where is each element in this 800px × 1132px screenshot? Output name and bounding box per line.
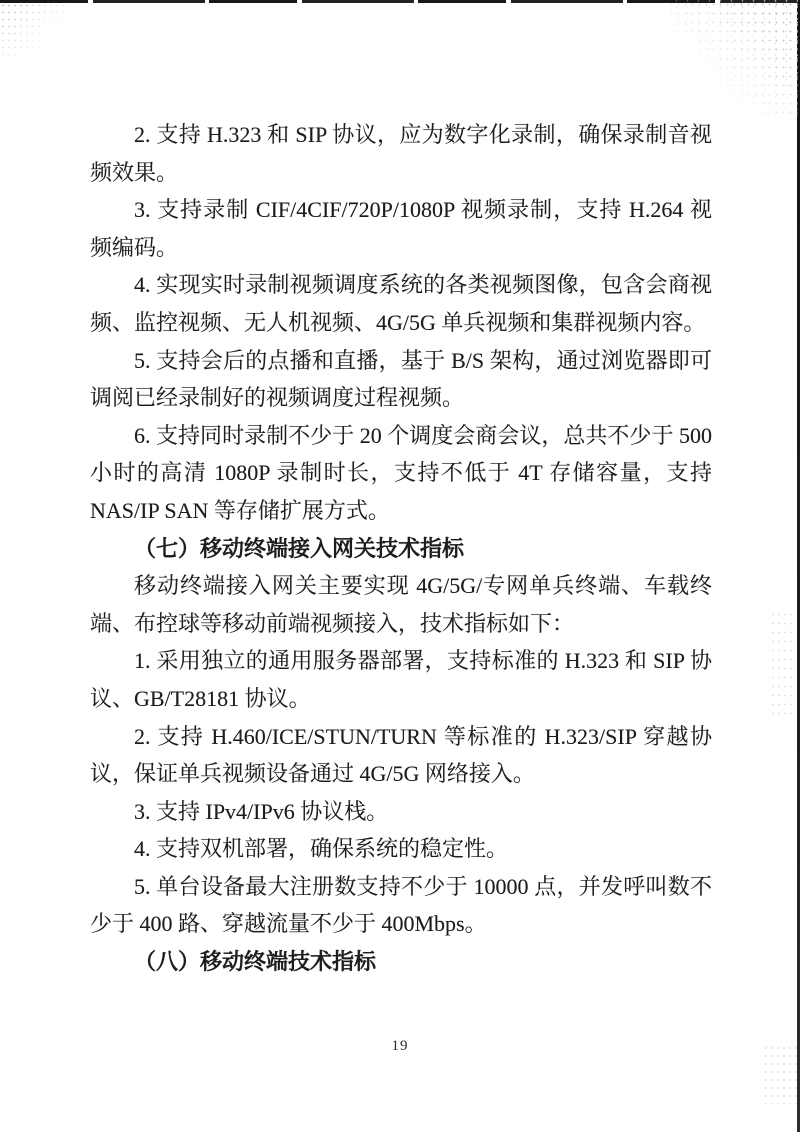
scan-noise-top-left (0, 2, 70, 57)
paragraph-item-2-recording: 2. 支持 H.323 和 SIP 协议，应为数字化录制，确保录制音视频效果。 (90, 116, 712, 191)
paragraph-item-5-playback: 5. 支持会后的点播和直播，基于 B/S 架构，通过浏览器即可调阅已经录制好的视… (90, 342, 712, 417)
paragraph-item-2-traversal: 2. 支持 H.460/ICE/STUN/TURN 等标准的 H.323/SIP… (90, 718, 712, 793)
paragraph-item-3-formats: 3. 支持录制 CIF/4CIF/720P/1080P 视频录制，支持 H.26… (90, 191, 712, 266)
paragraph-item-1-server: 1. 采用独立的通用服务器部署，支持标准的 H.323 和 SIP 协议、GB/… (90, 642, 712, 717)
scan-noise-top-right (668, 0, 798, 115)
page-number: 19 (0, 1038, 800, 1055)
paragraph-item-6-capacity: 6. 支持同时录制不少于 20 个调度会商会议，总共不少于 500 小时的高清 … (90, 417, 712, 530)
scanned-document-page: 2. 支持 H.323 和 SIP 协议，应为数字化录制，确保录制音视频效果。 … (0, 0, 800, 1132)
paragraph-gateway-intro: 移动终端接入网关主要实现 4G/5G/专网单兵终端、车载终端、布控球等移动前端视… (90, 567, 712, 642)
paragraph-item-5-registration: 5. 单台设备最大注册数支持不少于 10000 点，并发呼叫数不少于 400 路… (90, 868, 712, 943)
paragraph-item-4-realtime: 4. 实现实时录制视频调度系统的各类视频图像，包含会商视频、监控视频、无人机视频… (90, 266, 712, 341)
section-heading-8-mobile: （八）移动终端技术指标 (90, 943, 712, 981)
section-heading-7-gateway: （七）移动终端接入网关技术指标 (90, 530, 712, 568)
paragraph-item-3-ip-stack: 3. 支持 IPv4/IPv6 协议栈。 (90, 793, 712, 831)
scan-noise-mid-right (770, 610, 792, 720)
document-body: 2. 支持 H.323 和 SIP 协议，应为数字化录制，确保录制音视频效果。 … (90, 116, 712, 981)
paragraph-item-4-dual-machine: 4. 支持双机部署，确保系统的稳定性。 (90, 830, 712, 868)
